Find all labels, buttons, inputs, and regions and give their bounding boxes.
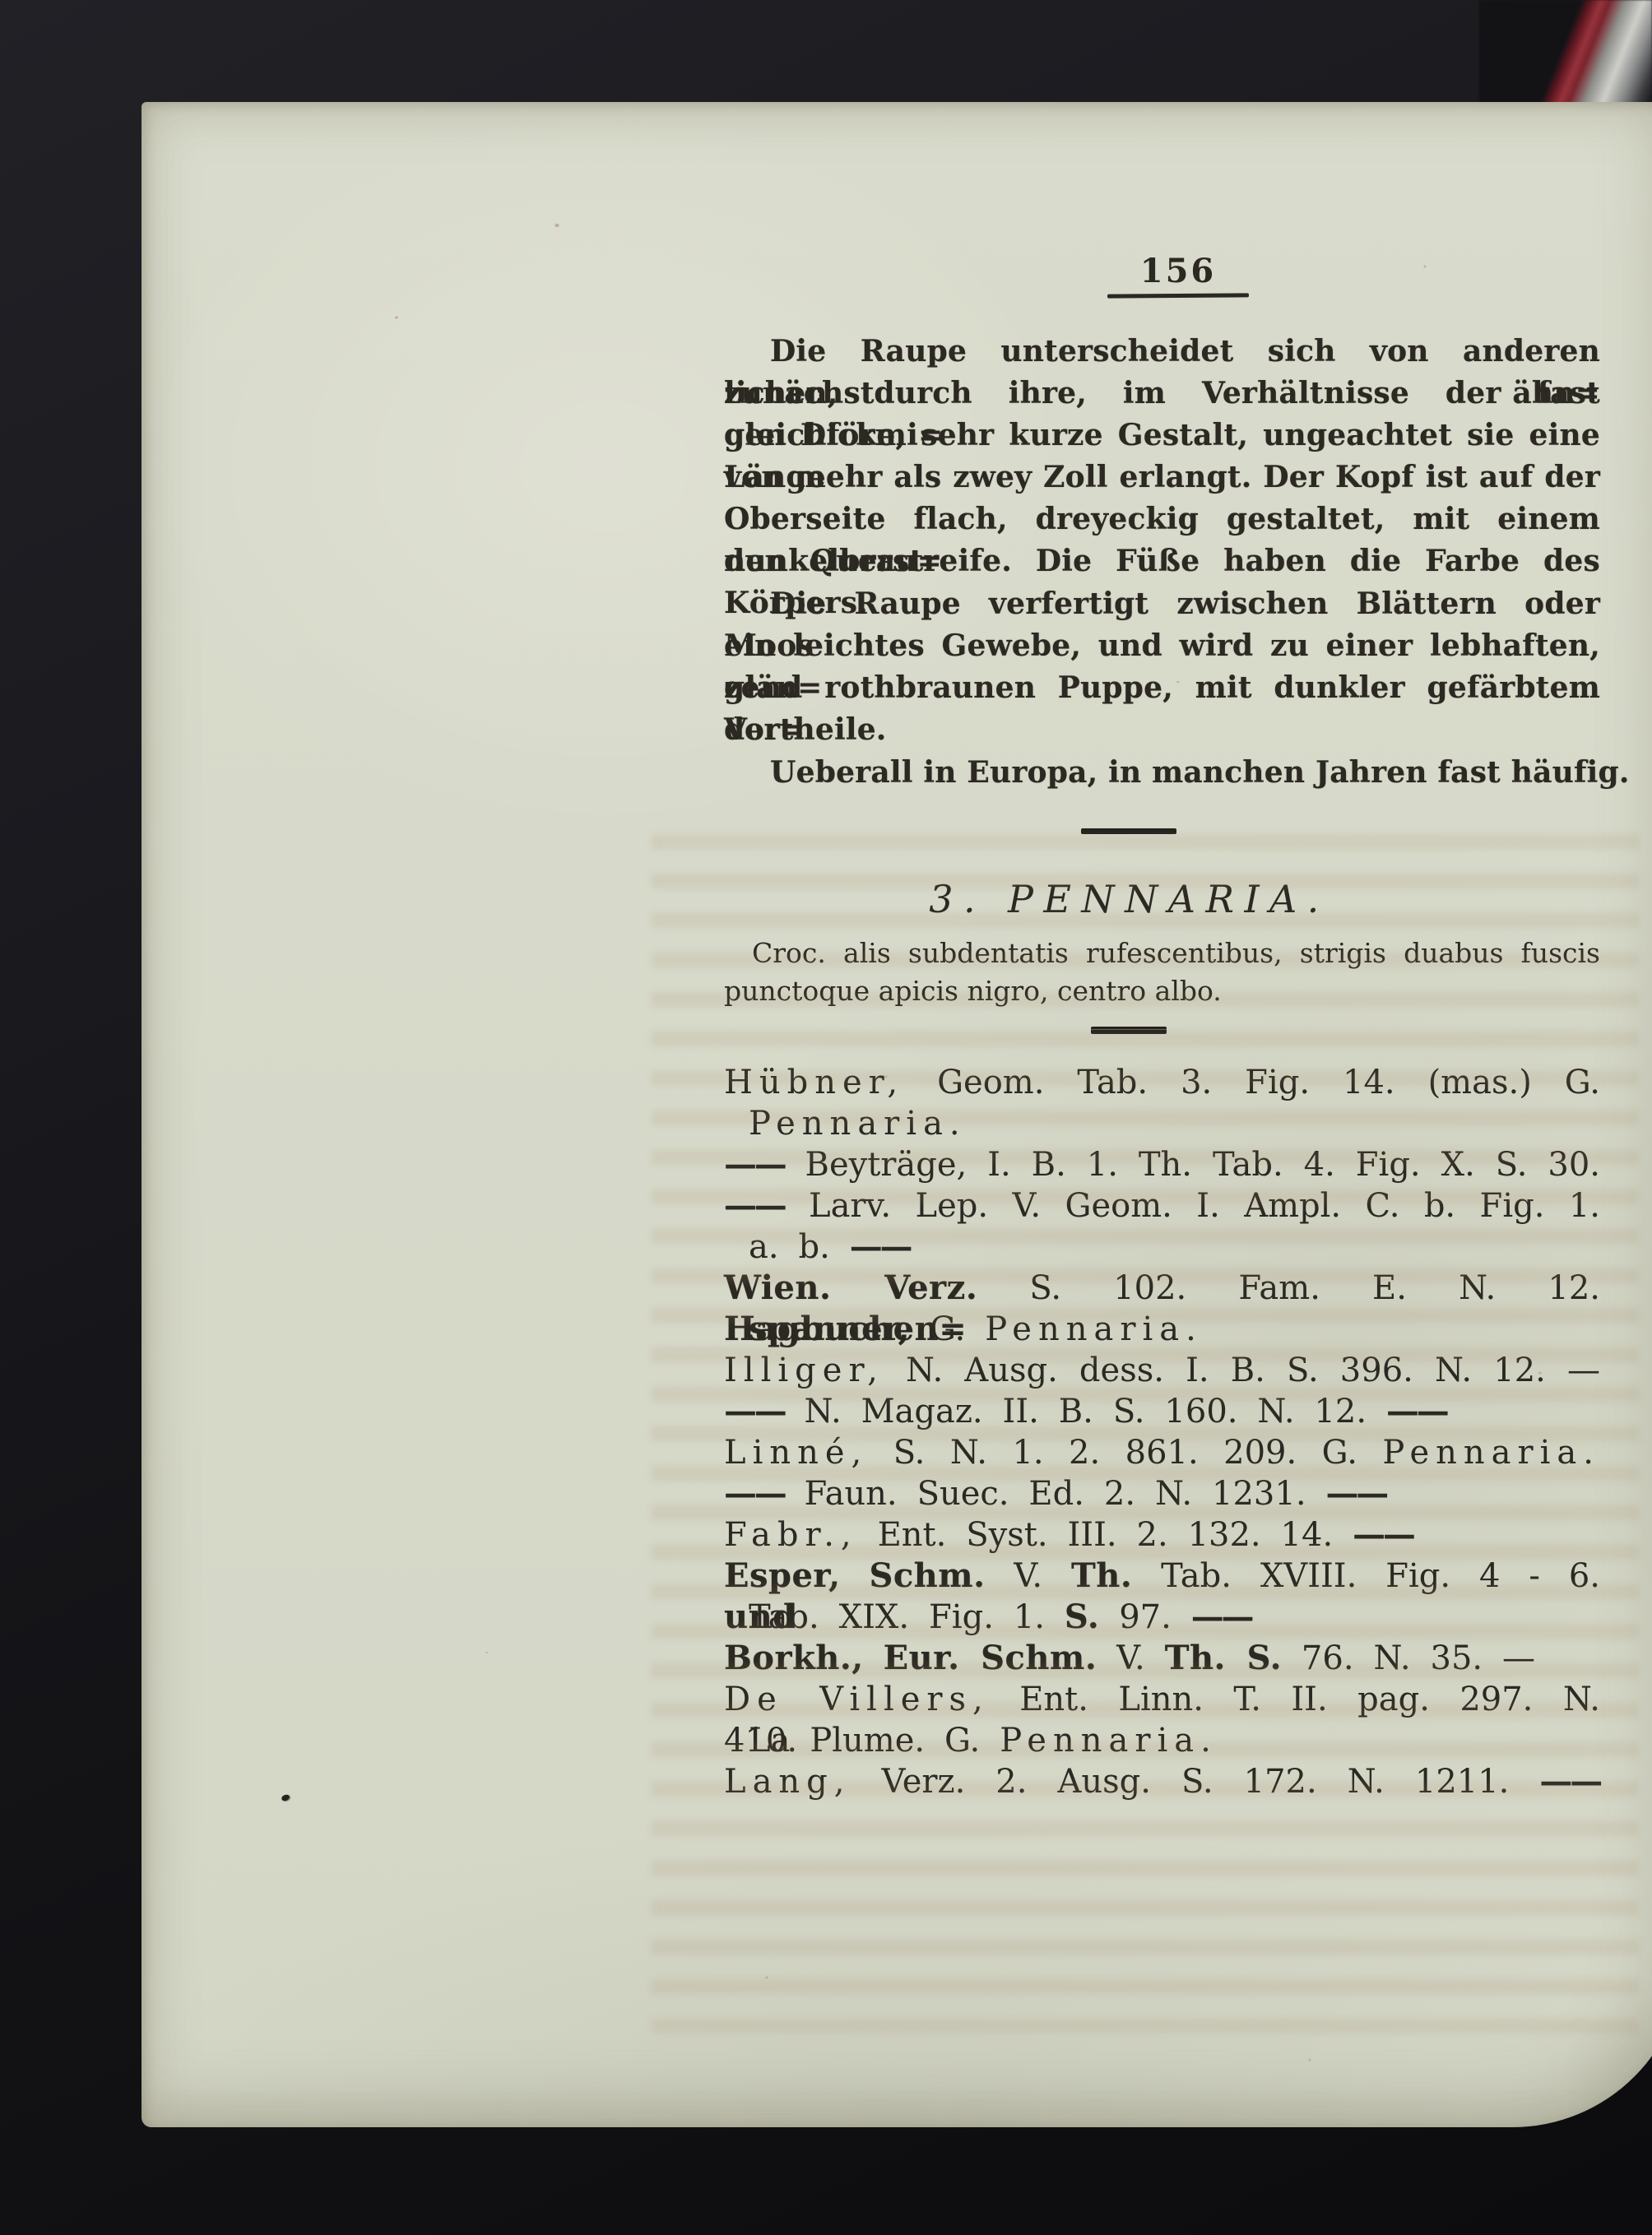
text-segment: Illiger,: [724, 1352, 884, 1389]
text-segment: Larv. Lep. V. Geom. I. Ampl. C. b. Fig. …: [785, 1187, 1600, 1225]
text-segment: Borkh.,: [724, 1639, 864, 1677]
reference-line: Illiger, N. Ausg. dess. I. B. S. 396. N.…: [724, 1350, 1600, 1391]
paragraph-pupa-description: Die Raupe verfertigt zwischen Blättern o…: [724, 583, 1600, 751]
reference-line: Wien. Verz. S. 102. Fam. E. N. 12. Hagbu…: [724, 1268, 1600, 1309]
paragraph-line: nen Querstreife. Die Füße haben die Farb…: [724, 540, 1600, 582]
reference-entry: Lang, Verz. 2. Ausg. S. 172. N. 1211. ——: [724, 1761, 1600, 1802]
text-segment: Th. S.: [1165, 1639, 1282, 1677]
text-segment: Pennaria.: [749, 1105, 967, 1143]
text-segment: Wien. Verz.: [724, 1268, 977, 1307]
text-segment: ——: [1353, 1515, 1413, 1554]
reference-line: —— N. Magaz. II. B. S. 160. N. 12. ——: [724, 1391, 1600, 1432]
text-segment: Faun. Suec. Ed. 2. N. 1231.: [785, 1475, 1326, 1513]
reference-line: Lang, Verz. 2. Ausg. S. 172. N. 1211. ——: [724, 1761, 1600, 1802]
text-segment: De Villers,: [724, 1681, 990, 1718]
reference-entry: Fabr., Ent. Syst. III. 2. 132. 14. ——: [724, 1514, 1600, 1556]
text-segment: 97.: [1099, 1598, 1190, 1636]
text-segment: Pennaria.: [1382, 1434, 1600, 1472]
reference-line: —— Larv. Lep. V. Geom. I. Ampl. C. b. Fi…: [724, 1185, 1600, 1226]
text-segment: [864, 1639, 884, 1677]
diagnosis-line: Croc. alis subdentatis rufescentibus, st…: [724, 934, 1600, 972]
reference-line: —— Faun. Suec. Ed. 2. N. 1231. ——: [724, 1473, 1600, 1514]
paragraph-line: Die Raupe verfertigt zwischen Blättern o…: [724, 583, 1600, 625]
page-number: 156: [1096, 252, 1260, 290]
paragraph-line: Die Raupe unterscheidet sich von anderen…: [724, 331, 1600, 373]
text-column: Die Raupe unterscheidet sich von anderen…: [724, 331, 1600, 1802]
body-paragraphs: Die Raupe unterscheidet sich von anderen…: [724, 331, 1600, 794]
reference-entry: Hübner, Geom. Tab. 3. Fig. 14. (mas.) G.…: [724, 1062, 1600, 1144]
text-segment: La Plume. G.: [749, 1722, 1000, 1760]
page-number-rule: [1107, 293, 1249, 298]
text-segment: Linné,: [724, 1434, 868, 1472]
text-segment: 76. N. 35. —: [1282, 1639, 1535, 1677]
text-segment: ——: [850, 1227, 911, 1266]
text-segment: Hübner,: [724, 1064, 904, 1101]
text-segment: ——: [724, 1474, 785, 1513]
ink-speck: [281, 1793, 290, 1801]
text-segment: Fabr.,: [724, 1516, 858, 1554]
text-segment: ——: [724, 1392, 785, 1430]
diagnosis-line: punctoque apicis nigro, centro albo.: [724, 972, 1600, 1010]
text-segment: ——: [1386, 1392, 1447, 1430]
paragraph-line: lichen, durch ihre, im Verhältnisse der …: [724, 373, 1600, 415]
text-segment: Esper,: [724, 1556, 841, 1595]
text-segment: N. Magaz. II. B. S. 160. N. 12.: [785, 1393, 1386, 1430]
reference-line: La Plume. G. Pennaria.: [724, 1720, 1600, 1761]
reference-entry: De Villers, Ent. Linn. T. II. pag. 297. …: [724, 1679, 1600, 1761]
text-segment: Tab. XVIII. Fig. 4 - 6.: [1132, 1557, 1600, 1595]
paragraph-caterpillar-description: Die Raupe unterscheidet sich von anderen…: [724, 331, 1600, 582]
reference-line: Borkh., Eur. Schm. V. Th. S. 76. N. 35. …: [724, 1638, 1600, 1679]
text-segment: ——: [1539, 1762, 1600, 1801]
reference-line: Fabr., Ent. Syst. III. 2. 132. 14. ——: [724, 1514, 1600, 1556]
species-heading: 3. PENNARIA.: [691, 875, 1567, 923]
paragraph-distribution: Ueberall in Europa, in manchen Jahren fa…: [724, 752, 1600, 794]
text-segment: V.: [986, 1557, 1071, 1595]
scanned-book-page: 156 Die Raupe unterscheidet sich von and…: [0, 0, 1652, 2235]
text-segment: Schm.: [869, 1556, 985, 1595]
text-segment: ——: [1325, 1474, 1386, 1513]
text-segment: Ent. Syst. III. 2. 132. 14.: [858, 1516, 1353, 1554]
reference-line: Linné, S. N. 1. 2. 861. 209. G. Pennaria…: [724, 1432, 1600, 1473]
text-segment: ——: [1191, 1597, 1252, 1636]
reference-line: Esper, Schm. V. Th. Tab. XVIII. Fig. 4 -…: [724, 1556, 1600, 1597]
reference-entry: —— Faun. Suec. Ed. 2. N. 1231. ——: [724, 1473, 1600, 1514]
reference-entry: —— N. Magaz. II. B. S. 160. N. 12. ——: [724, 1391, 1600, 1432]
reference-entry: Illiger, N. Ausg. dess. I. B. S. 396. N.…: [724, 1350, 1600, 1391]
paragraph-line: ein leichtes Gewebe, und wird zu einer l…: [724, 625, 1600, 667]
reference-line: a. b. ——: [724, 1226, 1600, 1268]
text-segment: Tab. XIX. Fig. 1.: [749, 1598, 1065, 1636]
text-segment: G.: [910, 1310, 985, 1348]
paragraph-line: gen Dicke, sehr kurze Gestalt, ungeachte…: [724, 415, 1600, 457]
paragraph-line: Oberseite flach, dreyeckig gestaltet, mi…: [724, 498, 1600, 540]
page-number-block: 156: [1096, 252, 1260, 298]
section-divider-rule: [1081, 828, 1176, 834]
text-segment: Geom. Tab. 3. Fig. 14. (mas.) G.: [904, 1064, 1600, 1101]
reference-line: Hübner, Geom. Tab. 3. Fig. 14. (mas.) G.: [724, 1062, 1600, 1103]
reference-entry: Esper, Schm. V. Th. Tab. XVIII. Fig. 4 -…: [724, 1556, 1600, 1638]
text-segment: Eur. Schm.: [884, 1639, 1097, 1677]
text-segment: spanner,: [749, 1310, 910, 1348]
diagnosis-divider-rule: [1091, 1027, 1167, 1034]
references-list: Hübner, Geom. Tab. 3. Fig. 14. (mas.) G.…: [724, 1062, 1600, 1802]
reference-entry: —— Beyträge, I. B. 1. Th. Tab. 4. Fig. X…: [724, 1144, 1600, 1185]
reference-line: spanner, G. Pennaria.: [724, 1309, 1600, 1350]
paragraph-line: dertheile.: [724, 709, 1600, 751]
reference-line: Tab. XIX. Fig. 1. S. 97. ——: [724, 1597, 1600, 1638]
reference-line: De Villers, Ent. Linn. T. II. pag. 297. …: [724, 1679, 1600, 1720]
text-segment: S. N. 1. 2. 861. 209. G.: [868, 1434, 1382, 1472]
reference-entry: —— Larv. Lep. V. Geom. I. Ampl. C. b. Fi…: [724, 1185, 1600, 1268]
text-segment: [841, 1557, 870, 1595]
paragraph-line: Ueberall in Europa, in manchen Jahren fa…: [724, 752, 1600, 794]
text-segment: Pennaria.: [985, 1310, 1203, 1348]
text-segment: Th.: [1071, 1556, 1132, 1595]
text-segment: Pennaria.: [1000, 1722, 1218, 1760]
reference-line: Pennaria.: [724, 1103, 1600, 1144]
text-segment: ——: [724, 1186, 785, 1225]
paragraph-line: von mehr als zwey Zoll erlangt. Der Kopf…: [724, 457, 1600, 498]
text-segment: Verz. 2. Ausg. S. 172. N. 1211.: [852, 1763, 1540, 1801]
latin-diagnosis: Croc. alis subdentatis rufescentibus, st…: [724, 934, 1600, 1010]
text-segment: a. b.: [749, 1228, 850, 1266]
reference-entry: Borkh., Eur. Schm. V. Th. S. 76. N. 35. …: [724, 1638, 1600, 1679]
paper-page: 156 Die Raupe unterscheidet sich von and…: [142, 102, 1652, 2127]
text-segment: S. 102. Fam. E. N. 12.: [977, 1269, 1600, 1307]
text-segment: ——: [724, 1145, 785, 1184]
reference-entry: Linné, S. N. 1. 2. 861. 209. G. Pennaria…: [724, 1432, 1600, 1473]
paragraph-line: zend rothbraunen Puppe, mit dunkler gefä…: [724, 667, 1600, 709]
reference-entry: Wien. Verz. S. 102. Fam. E. N. 12. Hagbu…: [724, 1268, 1600, 1350]
text-segment: S.: [1065, 1597, 1099, 1636]
text-segment: V.: [1097, 1639, 1164, 1677]
text-segment: N. Ausg. dess. I. B. S. 396. N. 12. —: [884, 1352, 1600, 1389]
text-segment: Lang,: [724, 1763, 852, 1801]
reference-line: —— Beyträge, I. B. 1. Th. Tab. 4. Fig. X…: [724, 1144, 1600, 1185]
